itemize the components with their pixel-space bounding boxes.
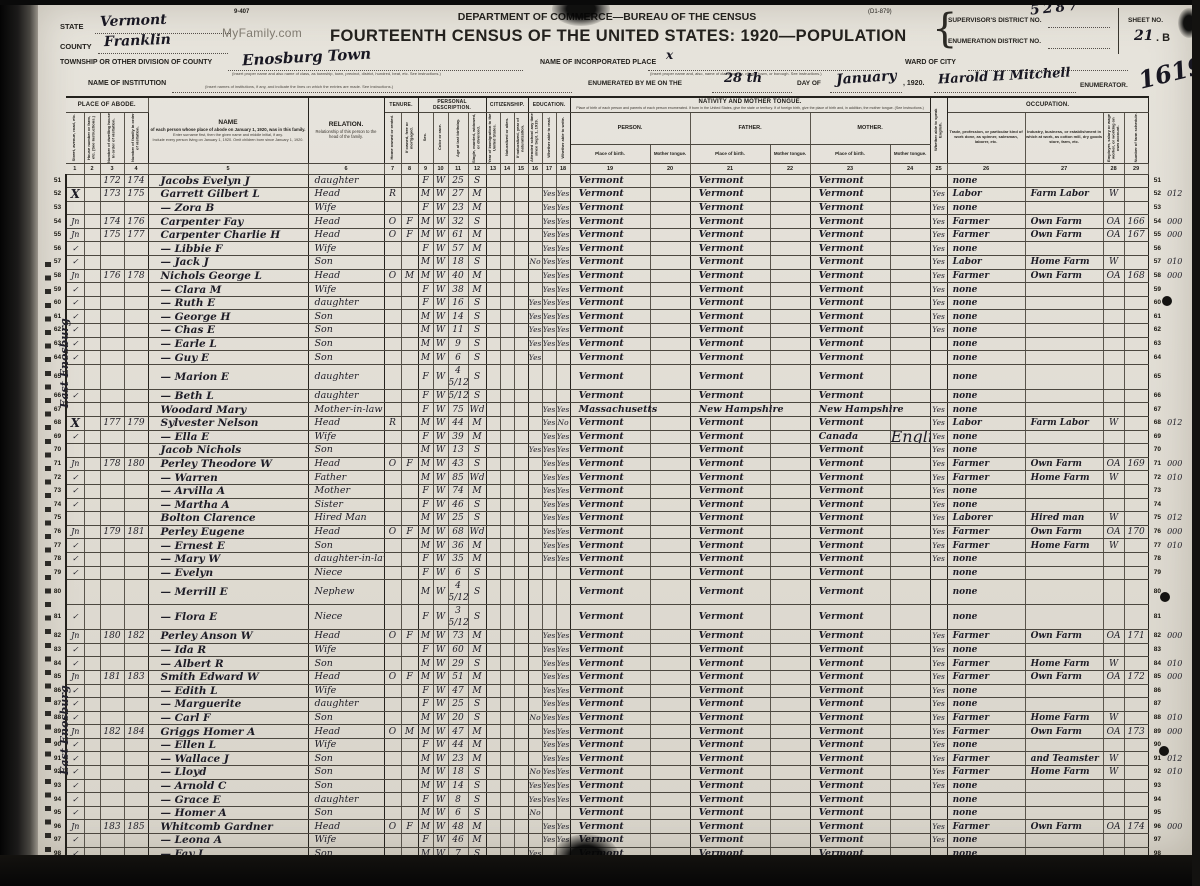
table-row: 68X177179Sylvester NelsonHeadRMW44MYesNo… [50,417,1192,431]
sex: M [418,752,433,766]
abode-mark: Jn [66,630,84,644]
margin-note: 010 [1166,256,1192,270]
tongue-mother [890,552,930,566]
age: 60 [448,643,468,657]
margin-note [1166,283,1192,297]
immigration-year [486,484,500,498]
free-mortgaged [401,242,418,256]
tongue-person [650,725,690,739]
farm-schedule: 167 [1124,228,1148,242]
industry [1025,566,1103,580]
pob-mother: Vermont [810,779,890,793]
enumerated-day: 28 th [724,71,762,86]
attended-school: Yes [528,444,542,458]
farm-schedule [1124,684,1148,698]
sex: M [418,188,433,202]
col-header-tongue-father: Mother tongue. [770,145,810,163]
speaks-english: Yes [930,539,947,553]
pob-person: Vermont [570,430,650,444]
tongue-mother [890,657,930,671]
person-name: — Ruth E [148,296,308,310]
pob-person: Vermont [570,310,650,324]
color-race: W [433,201,448,215]
pob-father: Vermont [690,834,770,848]
tongue-father [770,457,810,471]
dwelling-number [100,566,124,580]
industry [1025,806,1103,820]
table-row: 61✓— George HSonMW14SYesYesYesVermontVer… [50,310,1192,324]
able-to-read: Yes [542,471,556,485]
line-number: 97 [50,834,66,848]
pob-mother: Vermont [810,793,890,807]
pob-father: Vermont [690,711,770,725]
tongue-father [770,525,810,539]
relation: Father [308,471,384,485]
state-label: STATE [60,22,83,31]
pob-person: Vermont [570,711,650,725]
family-number [124,444,148,458]
house-number [84,698,100,712]
speaks-english [930,364,947,389]
speaks-english: Yes [930,725,947,739]
pob-mother: Vermont [810,512,890,526]
age: 20 [448,711,468,725]
line-number: 54 [50,215,66,229]
color-race: W [433,793,448,807]
dwelling-number [100,738,124,752]
table-row: 51172174Jacobs Evelyn JdaughterFW25SVerm… [50,174,1192,188]
abode-mark: Jn [66,525,84,539]
person-name: — Arvilla A [148,484,308,498]
pob-person: Vermont [570,228,650,242]
margin-note: 000 [1166,457,1192,471]
tongue-father [770,711,810,725]
industry [1025,580,1103,605]
sex: F [418,389,433,403]
able-to-read [542,351,556,365]
relation: Son [308,324,384,338]
able-to-read [542,605,556,630]
speaks-english: Yes [930,471,947,485]
able-to-write [556,389,570,403]
color-race: W [433,834,448,848]
speaks-english: Yes [930,684,947,698]
margin-note [1166,337,1192,351]
age: 75 [448,403,468,417]
family-number [124,566,148,580]
able-to-read: Yes [542,498,556,512]
color-race: W [433,725,448,739]
pob-mother: Vermont [810,364,890,389]
pob-father: Vermont [690,725,770,739]
free-mortgaged [401,539,418,553]
naturalization-year [514,539,528,553]
dwelling-number: 183 [100,820,124,834]
employment-code: OA [1103,457,1124,471]
col-group-relation: RELATION. Relationship of this person to… [308,97,384,163]
age: 8 [448,793,468,807]
speaks-english: Yes [930,242,947,256]
col-header-age: Age at last birthday. [448,112,468,163]
line-number: 56 [50,242,66,256]
able-to-read: Yes [542,657,556,671]
margin-note [1166,552,1192,566]
employment-code: OA [1103,215,1124,229]
immigration-year [486,539,500,553]
tongue-person [650,820,690,834]
home-owned-rented [384,324,401,338]
free-mortgaged: F [401,215,418,229]
tongue-person [650,283,690,297]
col-group-citizenship: CITIZENSHIP. [486,97,528,112]
house-number [84,539,100,553]
pob-person: Vermont [570,417,650,431]
margin-note: 012 [1166,188,1192,202]
home-owned-rented [384,752,401,766]
occupation: none [947,310,1025,324]
industry [1025,324,1103,338]
col-header-attended-school: Attended school any time since Sept. 1, … [528,112,542,163]
dwelling-number: 179 [100,525,124,539]
form-number: 9-407 [234,9,249,15]
tongue-mother [890,269,930,283]
house-number [84,779,100,793]
sex: M [418,310,433,324]
tongue-person [650,580,690,605]
family-number [124,389,148,403]
tongue-father [770,643,810,657]
tongue-mother [890,820,930,834]
occupation: Farmer [947,670,1025,684]
able-to-read [542,389,556,403]
tongue-father [770,539,810,553]
person-name: — Warren [148,471,308,485]
tongue-father [770,201,810,215]
tongue-mother [890,580,930,605]
relation: Head [308,725,384,739]
employment-code: OA [1103,630,1124,644]
color-race: W [433,242,448,256]
pob-father: Vermont [690,256,770,270]
able-to-write: Yes [556,552,570,566]
abode-mark: Jn [66,228,84,242]
tongue-mother [890,711,930,725]
abode-mark [66,201,84,215]
abode-mark: ✓ [66,539,84,553]
naturalized [500,403,514,417]
pob-person: Massachusetts [570,403,650,417]
employment-code [1103,793,1124,807]
pob-father: Vermont [690,324,770,338]
free-mortgaged: F [401,630,418,644]
sex: M [418,670,433,684]
age: 61 [448,228,468,242]
employment-code [1103,698,1124,712]
margin-note: 000 [1166,630,1192,644]
abode-mark: Jn [66,269,84,283]
home-owned-rented: O [384,457,401,471]
scan-top-edge [0,0,1200,5]
table-row: 83✓— Ida RWifeFW60MYesYesVermontVermontV… [50,643,1192,657]
family-number: 178 [124,269,148,283]
able-to-read: Yes [542,779,556,793]
dwelling-number [100,296,124,310]
abode-mark: ✓ [66,484,84,498]
line-number: 52 [50,188,66,202]
color-race: W [433,188,448,202]
able-to-read [542,806,556,820]
col-header-house-number: House number or farm, etc. (See instruct… [84,112,100,163]
naturalized [500,188,514,202]
col-header-naturalized: Naturalized or alien. [500,112,514,163]
house-number [84,228,100,242]
margin-note [1166,403,1192,417]
tongue-mother [890,457,930,471]
col-group-personal: PERSONAL DESCRIPTION. [418,97,486,112]
marital-status: M [468,552,486,566]
free-mortgaged [401,605,418,630]
able-to-write: Yes [556,752,570,766]
tongue-father [770,566,810,580]
tongue-person [650,738,690,752]
family-number [124,766,148,780]
marital-status: S [468,580,486,605]
right-line-number: 66 [1148,389,1166,403]
pob-person: Vermont [570,242,650,256]
table-row: 94✓— Grace EdaughterFW8SYesYesYesVermont… [50,793,1192,807]
margin-note: 000 [1166,525,1192,539]
tongue-father [770,498,810,512]
day-of-label: DAY OF [797,80,821,87]
house-number [84,752,100,766]
abode-mark: ✓ [66,471,84,485]
house-number [84,389,100,403]
tongue-father [770,684,810,698]
occupation: none [947,484,1025,498]
house-number [84,351,100,365]
pob-father: Vermont [690,670,770,684]
enumeration-line [1048,47,1110,49]
occupation: Farmer [947,725,1025,739]
able-to-write: Yes [556,793,570,807]
marital-status: S [468,351,486,365]
pob-father: Vermont [690,351,770,365]
naturalized [500,444,514,458]
marital-status: S [468,444,486,458]
col-header-able-to-read: Whether able to read. [542,112,556,163]
right-line-number: 58 [1148,269,1166,283]
naturalization-year [514,324,528,338]
relation: Head [308,215,384,229]
table-row: 55Jn175177Carpenter Charlie HHeadOFMW61M… [50,228,1192,242]
tongue-father [770,351,810,365]
able-to-write: Yes [556,215,570,229]
color-race: W [433,580,448,605]
family-number [124,324,148,338]
margin-note-header [1166,97,1192,174]
home-owned-rented [384,364,401,389]
industry: Own Farm [1025,820,1103,834]
tongue-father [770,580,810,605]
occupation: none [947,242,1025,256]
speaks-english [930,580,947,605]
able-to-read: Yes [542,643,556,657]
sex: F [418,201,433,215]
tongue-mother [890,793,930,807]
margin-note: 000 [1166,228,1192,242]
marital-status: M [468,283,486,297]
free-mortgaged [401,806,418,820]
family-number [124,484,148,498]
occupation: Farmer [947,525,1025,539]
family-number [124,605,148,630]
attended-school: No [528,806,542,820]
relation: Head [308,269,384,283]
free-mortgaged [401,430,418,444]
column-number: 7 [384,163,401,174]
column-number: 23 [810,163,890,174]
abode-mark: ✓ [66,552,84,566]
age: 44 [448,738,468,752]
pob-person: Vermont [570,215,650,229]
tongue-person [650,417,690,431]
dwelling-number: 178 [100,457,124,471]
pob-father: Vermont [690,820,770,834]
speaks-english: Yes [930,296,947,310]
able-to-write: Yes [556,228,570,242]
age: 47 [448,725,468,739]
attended-school [528,684,542,698]
pob-father: Vermont [690,752,770,766]
naturalization-year [514,174,528,188]
farm-schedule [1124,403,1148,417]
right-line-number: 88 [1148,711,1166,725]
attended-school [528,269,542,283]
free-mortgaged [401,417,418,431]
employment-code [1103,643,1124,657]
marital-status: S [468,324,486,338]
sex: M [418,457,433,471]
person-name: — Beth L [148,389,308,403]
occupation: Farmer [947,820,1025,834]
name-note1: Enter surname first, then the given name… [151,133,306,137]
family-number: 185 [124,820,148,834]
able-to-read: Yes [542,324,556,338]
age: 39 [448,430,468,444]
employment-code [1103,283,1124,297]
pob-mother: Vermont [810,725,890,739]
margin-note: 010 [1166,471,1192,485]
right-line-number: 75 [1148,512,1166,526]
occupation: none [947,605,1025,630]
industry [1025,834,1103,848]
attended-school [528,242,542,256]
color-race: W [433,657,448,671]
pob-mother: Vermont [810,711,890,725]
tongue-person [650,484,690,498]
tongue-person [650,471,690,485]
dwelling-number [100,444,124,458]
farm-schedule [1124,552,1148,566]
pob-person: Vermont [570,188,650,202]
family-number [124,430,148,444]
day-line [712,91,792,93]
naturalization-year [514,711,528,725]
home-owned-rented [384,174,401,188]
pob-mother: Vermont [810,605,890,630]
naturalization-year [514,228,528,242]
tongue-person [650,539,690,553]
line-number: 76 [50,525,66,539]
immigration-year [486,498,500,512]
able-to-read: Yes [542,444,556,458]
age: 6 [448,351,468,365]
pob-father: Vermont [690,444,770,458]
tongue-person [650,457,690,471]
attended-school: Yes [528,310,542,324]
incorporated-place-label: NAME OF INCORPORATED PLACE [540,59,656,66]
pob-mother: Vermont [810,738,890,752]
person-name: — Marguerite [148,698,308,712]
person-name: — Ida R [148,643,308,657]
occupation: Farmer [947,228,1025,242]
house-number [84,484,100,498]
relation: Wife [308,242,384,256]
attended-school: No [528,766,542,780]
age: 48 [448,820,468,834]
column-number: 4 [124,163,148,174]
tongue-mother [890,525,930,539]
naturalized [500,566,514,580]
pob-father: Vermont [690,471,770,485]
abode-mark: ✓ [66,242,84,256]
township-note: (Insert proper name and also name of cla… [232,71,441,76]
col-subgroup-father: FATHER. [690,112,810,145]
attended-school [528,403,542,417]
able-to-read: Yes [542,766,556,780]
right-line-number: 51 [1148,174,1166,188]
industry: Home Farm [1025,471,1103,485]
margin-note [1166,498,1192,512]
family-number [124,711,148,725]
column-number: 1 [66,163,84,174]
pob-person: Vermont [570,337,650,351]
dwelling-number: 182 [100,725,124,739]
line-number: 70 [50,444,66,458]
naturalized [500,820,514,834]
home-owned-rented: O [384,725,401,739]
occupation: Farmer [947,457,1025,471]
industry [1025,444,1103,458]
column-number: 21 [690,163,770,174]
house-number [84,793,100,807]
immigration-year [486,512,500,526]
employment-code [1103,337,1124,351]
farm-schedule [1124,779,1148,793]
line-number: 58 [50,269,66,283]
pob-person: Vermont [570,525,650,539]
speaks-english: Yes [930,630,947,644]
pob-person: Vermont [570,670,650,684]
able-to-read [542,174,556,188]
able-to-write: Yes [556,242,570,256]
tongue-mother [890,806,930,820]
naturalized [500,552,514,566]
marital-status: S [468,512,486,526]
age: 43 [448,457,468,471]
color-race: W [433,498,448,512]
age: 14 [448,310,468,324]
